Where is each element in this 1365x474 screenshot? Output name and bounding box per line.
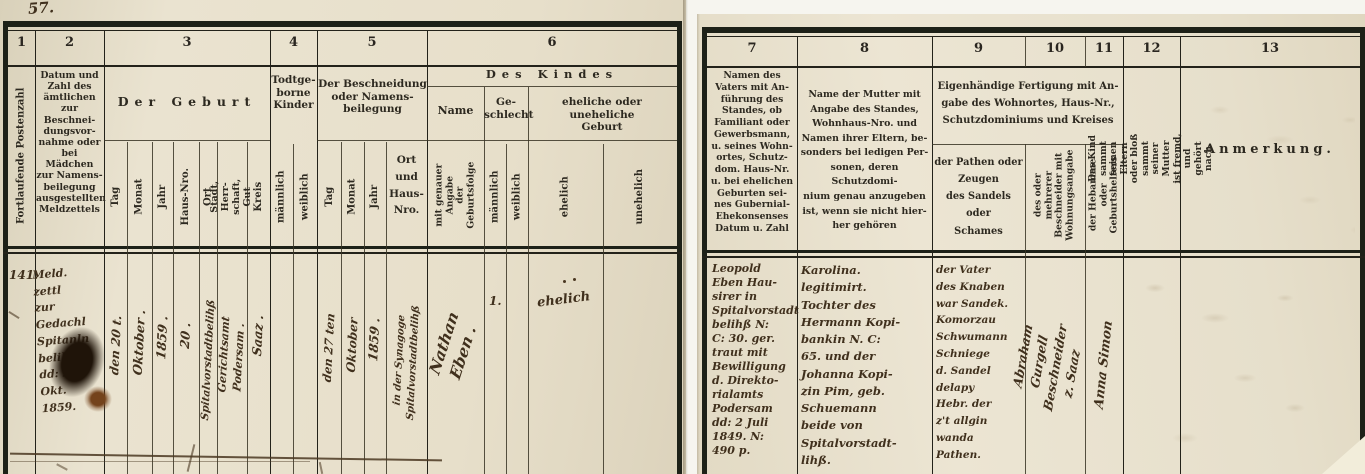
page-edge-shadow bbox=[697, 14, 700, 474]
ink-dots bbox=[563, 280, 566, 283]
header-mutter: Name der Mutter mit Angabe des Standes, … bbox=[799, 88, 930, 234]
grid-line bbox=[427, 86, 677, 87]
header-kind-name-note: mit genauer Angabe der Geburtsfolge bbox=[427, 146, 484, 244]
grid-line bbox=[528, 87, 529, 474]
header-geburt-title: Der Geburt bbox=[104, 94, 270, 109]
grid-line bbox=[932, 36, 933, 474]
grid-line bbox=[707, 66, 1360, 68]
entry-geburt-jahr: 1859 . bbox=[152, 280, 173, 395]
column-number: 3 bbox=[104, 35, 270, 50]
header-geburt-tag: Tag bbox=[104, 150, 127, 243]
entry-hebamme-signatur: Anna Simon bbox=[1086, 258, 1122, 472]
grid-line bbox=[702, 36, 1365, 37]
column-number: 9 bbox=[932, 41, 1025, 56]
ink-dots bbox=[573, 278, 576, 281]
entry-beschneidung-jahr: 1859 . bbox=[364, 282, 386, 397]
column-number: 4 bbox=[270, 35, 317, 50]
header-meldzettel: Datum und Zahl des ämtlichen zur Beschne… bbox=[36, 70, 103, 215]
column-number: 1 bbox=[8, 35, 35, 50]
header-ehelich: ehelich bbox=[528, 150, 603, 243]
column-number: 8 bbox=[797, 41, 932, 56]
column-number: 6 bbox=[427, 35, 677, 50]
grid-line bbox=[797, 36, 798, 474]
entry-geburt-hausnro: 20 . bbox=[173, 285, 199, 385]
header-todt-weiblich: weiblich bbox=[293, 150, 317, 243]
header-todt-maennlich: männlich bbox=[270, 150, 293, 243]
entry-beschneidung-ort: in der Synagoge Spitalvorstadtbelihß bbox=[386, 258, 427, 464]
entry-beschneidung-monat: Oktober bbox=[341, 278, 364, 413]
frame-top bbox=[702, 27, 1365, 33]
header-kind-maennlich: männlich bbox=[484, 150, 506, 243]
header-vater: Namen des Vaters mit An- führung des Sta… bbox=[709, 70, 795, 235]
page-number-annotation: 57. bbox=[27, 0, 55, 20]
entry-geschlecht-maennlich: 1. bbox=[489, 292, 507, 310]
entry-geburt-ort: Spitalvorstadtbelihß bbox=[199, 262, 217, 458]
header-beschneider: des oder mehrerer Beschneider mit Wohnun… bbox=[1025, 146, 1085, 244]
header-divider bbox=[702, 250, 1365, 253]
header-todtgeborne: Todtge- borne Kinder bbox=[270, 74, 317, 112]
header-geburt-stadt: Stadt, Herr- schaft, Gut bbox=[217, 150, 247, 243]
entry-pathen: der Vater des Knaben war Sandek. Komorza… bbox=[936, 262, 1018, 464]
column-number: 13 bbox=[1180, 41, 1360, 56]
header-kind-weiblich: weiblich bbox=[506, 150, 528, 243]
column-number: 10 bbox=[1025, 41, 1085, 56]
header-kind-geschlecht: Ge- schlecht bbox=[484, 96, 528, 121]
column-number: 11 bbox=[1085, 41, 1123, 56]
grid-line bbox=[317, 140, 677, 141]
entry-beschneidung-tag: den 27 ten bbox=[318, 275, 341, 420]
column-number: 5 bbox=[317, 35, 427, 50]
header-postenzahl: Fortlaufende Postenzahl bbox=[8, 68, 35, 244]
header-beschneidung-tag: Tag bbox=[318, 150, 341, 243]
entry-geburt-monat: Oktober . bbox=[127, 275, 152, 410]
column-number: 2 bbox=[35, 35, 104, 50]
entry-beschneider-signatur: Abraham Gurgell Beschneider z. Saaz bbox=[1016, 258, 1080, 472]
header-geburt-jahr: Jahr bbox=[152, 150, 173, 243]
entry-vater: Leopold Eben Hau- sirer in Spitalvorstad… bbox=[712, 262, 796, 458]
header-fremd: Das Kind sammt seinen Eltern oder bloß s… bbox=[1123, 70, 1180, 246]
handwritten-row-rule bbox=[10, 461, 310, 462]
entry-geburt-kreis: Saaz . bbox=[247, 285, 270, 385]
grid-line bbox=[1180, 36, 1181, 474]
column-number: 7 bbox=[707, 41, 797, 56]
header-anmerkung: Anmerkung. bbox=[1180, 142, 1360, 158]
column-number: 12 bbox=[1123, 41, 1180, 56]
header-geburt-art: eheliche oder uneheliche Geburt bbox=[528, 96, 676, 134]
entry-mutter: Karolina. legitimirt. Tochter des Herman… bbox=[801, 262, 929, 469]
header-kind-name: Name bbox=[427, 104, 484, 117]
entry-geburt-stadt: Gerichtsamt Podersam . bbox=[217, 268, 247, 444]
grid-line bbox=[104, 140, 270, 141]
header-beschneidung-jahr: Jahr bbox=[364, 150, 386, 243]
frame-top bbox=[3, 21, 682, 27]
page-edge-shadow bbox=[683, 0, 688, 474]
header-fertigung-group: Eigenhändige Fertigung mit An- gabe des … bbox=[934, 78, 1122, 129]
header-kindes-title: Des Kindes bbox=[427, 68, 677, 82]
entry-kind-name: Nathan Eben . bbox=[422, 268, 486, 428]
entry-geburt-tag: den 20 t. bbox=[104, 270, 127, 420]
header-geburt-hausnro: Haus-Nro. bbox=[173, 150, 199, 243]
register-scan: 57. 1 2 3 4 5 6 Fortlaufende Postenzahl … bbox=[0, 0, 1365, 474]
header-unehelich: unehelich bbox=[603, 150, 676, 243]
header-beschneidung-monat: Monat bbox=[341, 150, 364, 243]
header-pathen: der Pathen oder Zeugen des Sandels oder … bbox=[934, 154, 1023, 240]
header-beschneidung-ort: Ort und Haus- Nro. bbox=[386, 152, 427, 219]
header-geburt-kreis: Kreis bbox=[247, 150, 270, 243]
header-geburt-monat: Monat bbox=[127, 150, 152, 243]
header-beschneidung-title: Der Beschneidung oder Namens- beilegung bbox=[318, 78, 427, 116]
